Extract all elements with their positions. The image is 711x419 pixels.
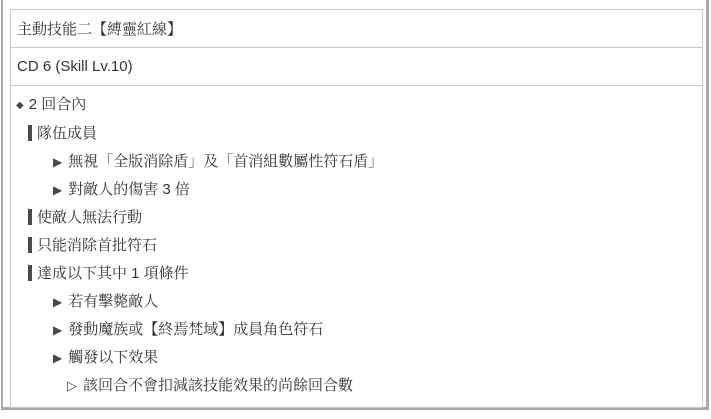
effect-line: ▶發動魔族或【終焉梵域】成員角色符石 xyxy=(11,316,696,344)
effect-text: 2 回合內 xyxy=(29,96,87,113)
screenshot: 主動技能二【縛靈紅線】 CD 6 (Skill Lv.10) ◆2 回合內隊伍成… xyxy=(0,0,711,419)
effect-text: 該回合不會扣減該技能效果的尚餘回合數 xyxy=(83,377,353,394)
effect-line: 只能消除首批符石 xyxy=(11,232,696,260)
bar-bullet-icon xyxy=(28,209,32,225)
effect-line: ▶對敵人的傷害 3 倍 xyxy=(11,176,696,204)
effect-text: 使敵人無法行動 xyxy=(37,209,142,226)
effect-line: ▷該回合不會扣減該技能效果的尚餘回合數 xyxy=(11,372,696,400)
effect-text: 對敵人的傷害 3 倍 xyxy=(68,181,190,198)
skill-title: 主動技能二【縛靈紅線】 xyxy=(17,18,182,39)
bar-bullet-icon xyxy=(28,265,32,281)
effect-line: ▶無視「全版消除盾」及「首消組數屬性符石盾」 xyxy=(11,148,696,176)
effect-text: 只能消除首批符石 xyxy=(37,237,157,254)
effect-text: 達成以下其中 1 項條件 xyxy=(37,265,189,282)
skill-effect-list: ◆2 回合內隊伍成員▶無視「全版消除盾」及「首消組數屬性符石盾」▶對敵人的傷害 … xyxy=(11,91,696,400)
bar-bullet-icon xyxy=(28,125,32,141)
effect-line: ▶觸發以下效果 xyxy=(11,344,696,372)
triangle-filled-bullet-icon: ▶ xyxy=(53,344,62,372)
effect-text: 隊伍成員 xyxy=(37,125,97,142)
skill-title-row: 主動技能二【縛靈紅線】 xyxy=(11,10,702,48)
effect-text: 無視「全版消除盾」及「首消組數屬性符石盾」 xyxy=(68,153,383,170)
effect-line: ▶若有擊斃敵人 xyxy=(11,288,696,316)
triangle-filled-bullet-icon: ▶ xyxy=(53,288,62,316)
effect-line: 使敵人無法行動 xyxy=(11,204,696,232)
image-frame: 主動技能二【縛靈紅線】 CD 6 (Skill Lv.10) ◆2 回合內隊伍成… xyxy=(1,0,709,410)
effect-text: 發動魔族或【終焉梵域】成員角色符石 xyxy=(68,321,323,338)
skill-cooldown-row: CD 6 (Skill Lv.10) xyxy=(11,48,702,86)
triangle-outline-bullet-icon: ▷ xyxy=(67,372,77,400)
effect-text: 若有擊斃敵人 xyxy=(68,293,158,310)
bar-bullet-icon xyxy=(28,237,32,253)
skill-table: 主動技能二【縛靈紅線】 CD 6 (Skill Lv.10) ◆2 回合內隊伍成… xyxy=(10,9,703,408)
effect-line: 隊伍成員 xyxy=(11,120,696,148)
effect-text: 觸發以下效果 xyxy=(68,349,158,366)
triangle-filled-bullet-icon: ▶ xyxy=(53,148,62,176)
triangle-filled-bullet-icon: ▶ xyxy=(53,176,62,204)
skill-cooldown: CD 6 (Skill Lv.10) xyxy=(17,58,133,75)
skill-effects-row: ◆2 回合內隊伍成員▶無視「全版消除盾」及「首消組數屬性符石盾」▶對敵人的傷害 … xyxy=(11,86,702,407)
effect-line: 達成以下其中 1 項條件 xyxy=(11,260,696,288)
triangle-filled-bullet-icon: ▶ xyxy=(53,316,62,344)
effect-line: ◆2 回合內 xyxy=(11,91,696,120)
diamond-bullet-icon: ◆ xyxy=(16,92,24,120)
